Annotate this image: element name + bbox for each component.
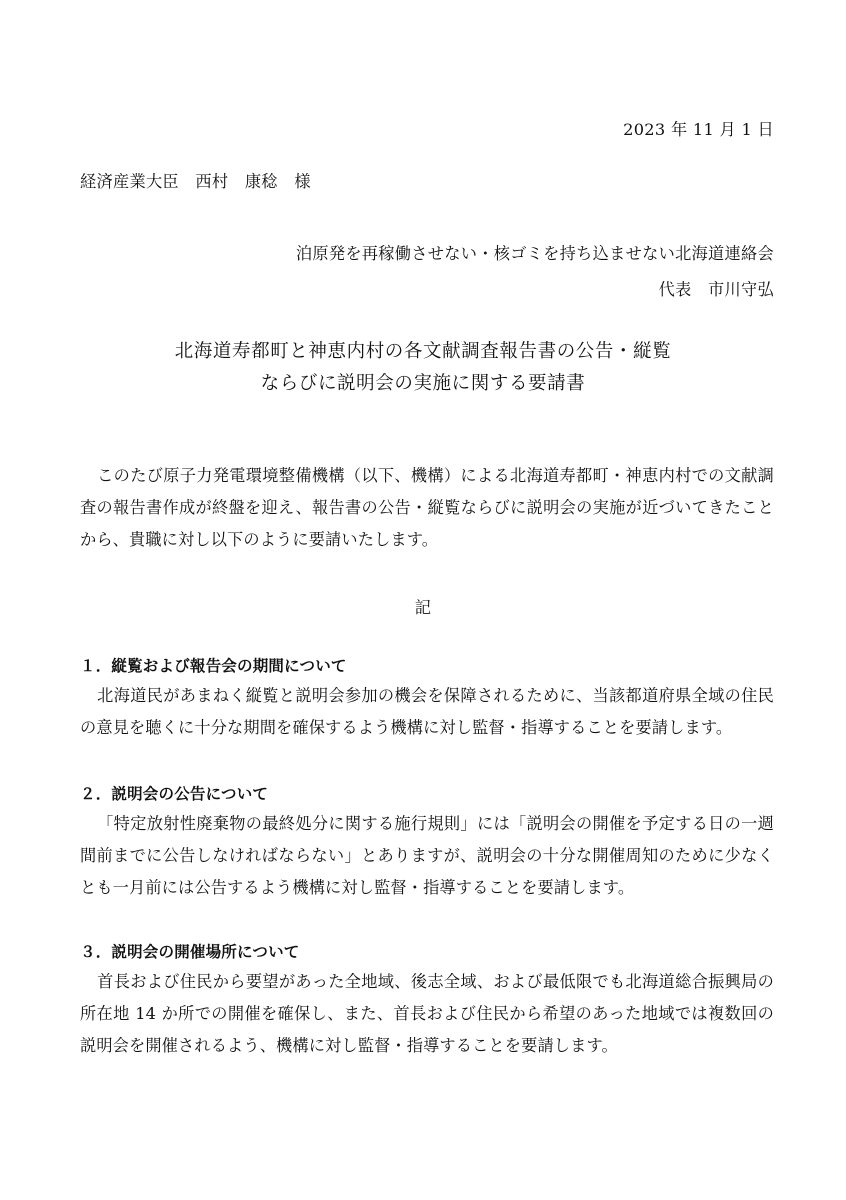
section-1-heading: １．縦覧および報告会の期間について (80, 656, 347, 676)
document-title-line-1: 北海道寿都町と神恵内村の各文献調査報告書の公告・縦覧 (0, 342, 846, 362)
section-1-body: 北海道民があまねく縦覧と説明会参加の機会を保障されるために、当該都道府県全域の住… (80, 680, 774, 744)
document-date: 2023 年 11 月 1 日 (623, 120, 774, 140)
document-page: 2023 年 11 月 1 日 経済産業大臣 西村 康稔 様 泊原発を再稼働させ… (0, 0, 846, 1200)
section-2-body: 「特定放射性廃棄物の最終処分に関する施行規則」には「説明会の開催を予定する日の一… (80, 808, 774, 904)
sender-representative: 代表 市川守弘 (659, 280, 774, 300)
section-2-heading: ２．説明会の公告について (80, 784, 268, 804)
intro-paragraph: このたび原子力発電環境整備機構（以下、機構）による北海道寿都町・神恵内村での文献… (80, 460, 774, 556)
section-3-heading: ３．説明会の開催場所について (80, 942, 300, 962)
intro-text: このたび原子力発電環境整備機構（以下、機構）による北海道寿都町・神恵内村での文献… (80, 466, 774, 549)
ki-marker: 記 (0, 598, 846, 618)
addressee: 経済産業大臣 西村 康稔 様 (80, 172, 311, 192)
document-title-line-2: ならびに説明会の実施に関する要請書 (0, 374, 846, 394)
section-3-body: 首長および住民から要望があった全地域、後志全域、および最低限でも北海道総合振興局… (80, 966, 774, 1062)
sender-organization: 泊原発を再稼働させない・核ゴミを持ち込ませない北海道連絡会 (296, 244, 774, 264)
